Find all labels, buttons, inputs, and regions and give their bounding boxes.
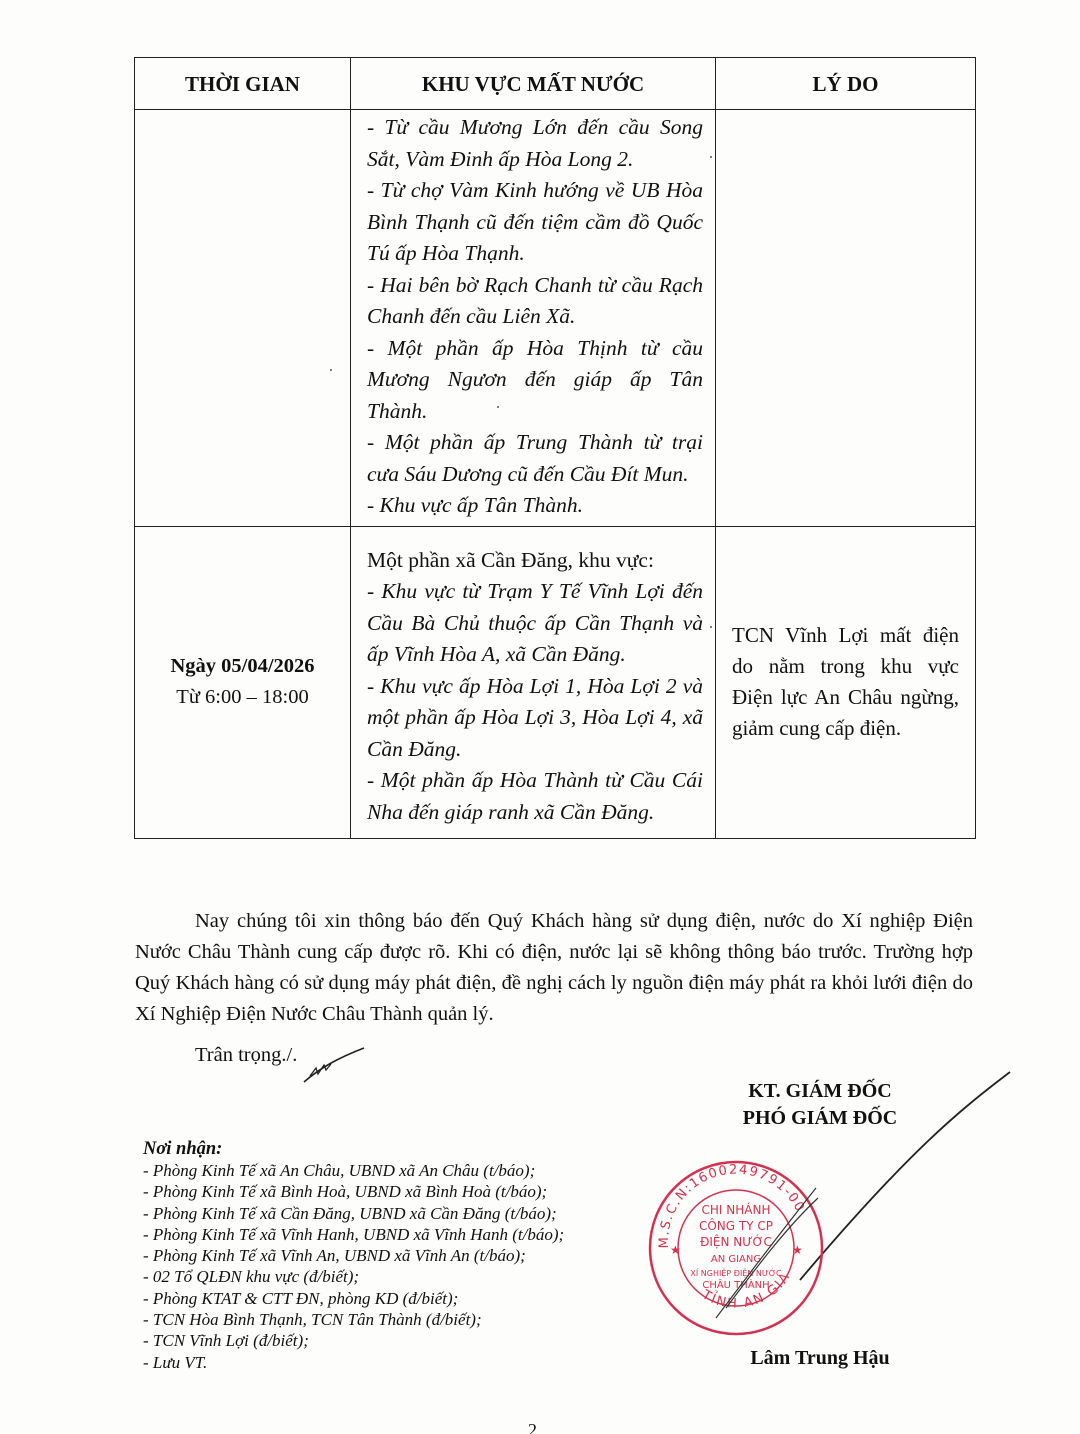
area-line: - Từ cầu Mương Lớn đến cầu Song Sắt, Vàm… (367, 112, 703, 175)
time-cell (135, 110, 351, 527)
recipient-item: - Phòng Kinh Tế xã Bình Hoà, UBND xã Bìn… (143, 1181, 564, 1202)
area-line: - Khu vực ấp Hòa Lợi 1, Hòa Lợi 2 và một… (367, 671, 703, 766)
recipient-item: - Phòng KTAT & CTT ĐN, phòng KD (đ/biết)… (143, 1288, 564, 1309)
area-cell: - Từ cầu Mương Lớn đến cầu Song Sắt, Vàm… (351, 110, 716, 527)
recipient-item: - Lưu VT. (143, 1352, 564, 1373)
recipient-item: - Phòng Kinh Tế xã Vĩnh Hanh, UBND xã Vĩ… (143, 1224, 564, 1245)
outage-table: THỜI GIAN KHU VỰC MẤT NƯỚC LÝ DO - Từ cầ… (134, 57, 976, 839)
scan-speck (710, 626, 712, 628)
svg-text:XÍ NGHIỆP ĐIỆN NƯỚC: XÍ NGHIỆP ĐIỆN NƯỚC (690, 1267, 782, 1279)
area-line: - Từ chợ Vàm Kinh hướng về UB Hòa Bình T… (367, 175, 703, 270)
recipient-item: - TCN Hòa Bình Thạnh, TCN Tân Thành (đ/b… (143, 1309, 564, 1330)
svg-text:CÔNG TY CP: CÔNG TY CP (699, 1218, 773, 1233)
area-cell: Một phần xã Cần Đăng, khu vực: - Khu vực… (351, 526, 716, 839)
svg-text:ĐIỆN NƯỚC: ĐIỆN NƯỚC (700, 1234, 772, 1249)
recipient-item: - Phòng Kinh Tế xã Cần Đăng, UBND xã Cần… (143, 1203, 564, 1224)
table-header-row: THỜI GIAN KHU VỰC MẤT NƯỚC LÝ DO (135, 58, 976, 110)
scan-speck (330, 369, 332, 371)
scan-speck (497, 406, 499, 408)
recipient-item: - TCN Vĩnh Lợi (đ/biết); (143, 1330, 564, 1351)
recipient-item: - Phòng Kinh Tế xã An Châu, UBND xã An C… (143, 1160, 564, 1181)
area-line: - Một phần ấp Trung Thành từ trại cưa Sá… (367, 427, 703, 490)
scan-speck (710, 156, 712, 158)
svg-text:AN GIANG: AN GIANG (711, 1254, 761, 1265)
initials-signature-icon (300, 1046, 370, 1086)
table-row: Ngày 05/04/2026 Từ 6:00 – 18:00 Một phần… (135, 526, 976, 839)
time-date: Ngày 05/04/2026 (136, 651, 349, 682)
table-row: - Từ cầu Mương Lớn đến cầu Song Sắt, Vàm… (135, 110, 976, 527)
time-cell: Ngày 05/04/2026 Từ 6:00 – 18:00 (135, 526, 351, 839)
signer-name: Lâm Trung Hậu (700, 1347, 940, 1370)
svg-text:★: ★ (792, 1243, 803, 1257)
company-seal-icon: M.S.C.N:1600249791-00 TỈNH AN GIANG ★ ★ … (646, 1158, 826, 1338)
header-area: KHU VỰC MẤT NƯỚC (351, 58, 716, 110)
svg-text:★: ★ (670, 1243, 681, 1257)
header-time: THỜI GIAN (135, 58, 351, 110)
recipient-item: - Phòng Kinh Tế xã Vĩnh An, UBND xã Vĩnh… (143, 1245, 564, 1266)
recipient-item: - 02 Tổ QLĐN khu vực (đ/biết); (143, 1266, 564, 1287)
area-line: - Khu vực từ Trạm Y Tế Vĩnh Lợi đến Cầu … (367, 576, 703, 671)
reason-cell (716, 110, 976, 527)
svg-text:CHI NHÁNH: CHI NHÁNH (702, 1202, 771, 1217)
page-number: 2 (528, 1420, 537, 1434)
notice-paragraph: Nay chúng tôi xin thông báo đến Quý Khác… (135, 906, 973, 1030)
recipients-list: Nơi nhận: - Phòng Kinh Tế xã An Châu, UB… (143, 1138, 564, 1373)
area-line: - Khu vực ấp Tân Thành. (367, 490, 703, 522)
reason-cell: TCN Vĩnh Lợi mất điện do nằm trong khu v… (716, 526, 976, 839)
area-line: - Một phần ấp Hòa Thành từ Cầu Cái Nha đ… (367, 765, 703, 828)
area-line: - Một phần ấp Hòa Thịnh từ cầu Mương Ngư… (367, 333, 703, 428)
closing-text: Trân trọng./. (195, 1044, 297, 1067)
area-lead: Một phần xã Cần Đăng, khu vực: (367, 545, 703, 577)
time-range: Từ 6:00 – 18:00 (136, 682, 349, 713)
header-reason: LÝ DO (716, 58, 976, 110)
svg-text:CHÂU THÀNH: CHÂU THÀNH (702, 1278, 769, 1291)
area-line: - Hai bên bờ Rạch Chanh từ cầu Rạch Chan… (367, 270, 703, 333)
recipients-heading: Nơi nhận: (143, 1138, 564, 1160)
